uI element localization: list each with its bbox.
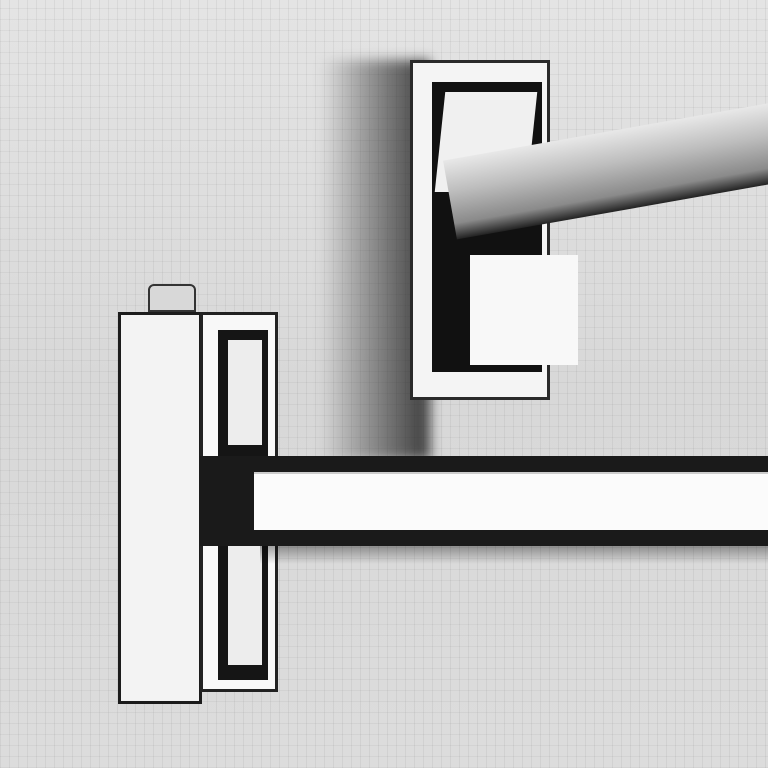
horizontal-bar-face	[254, 472, 768, 530]
lower-bracket-cap	[148, 284, 196, 312]
lower-bracket-plate	[118, 312, 202, 704]
photo-scene	[0, 0, 768, 768]
upper-bracket-lower-face	[470, 255, 578, 365]
lower-bracket-window-bottom	[228, 545, 262, 665]
horizontal-bar-shadow	[260, 546, 768, 564]
lower-bracket-window-top	[228, 340, 262, 445]
